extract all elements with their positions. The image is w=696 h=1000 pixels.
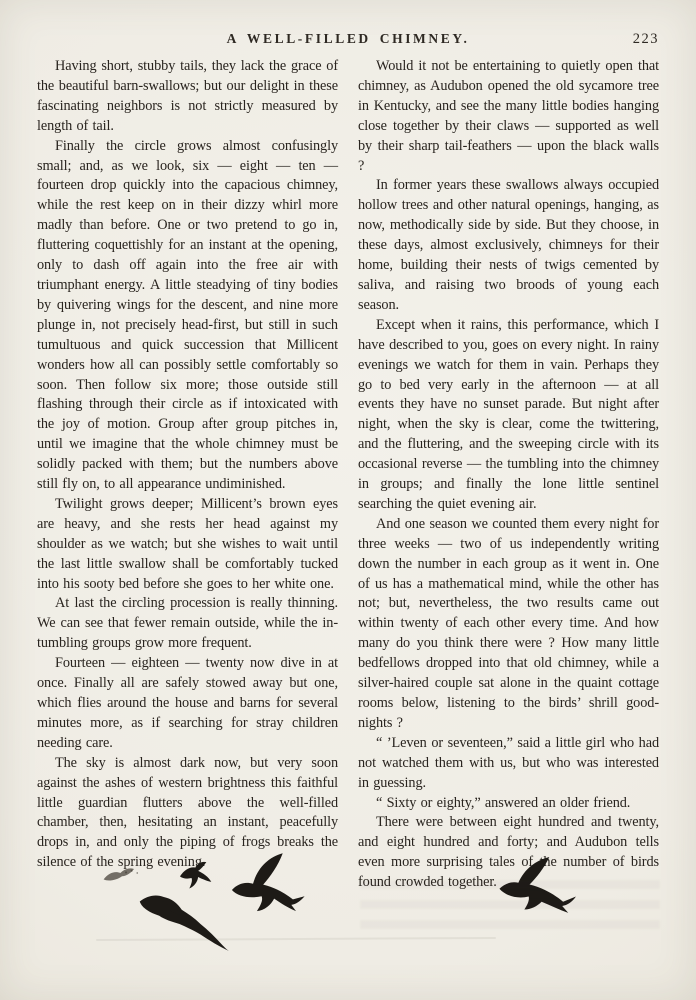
running-head: A WELL-FILLED CHIMNEY. 223 [0,31,696,51]
paragraph: And one season we counted them every nig… [358,515,659,734]
left-column: Having short, stubby tails, they lack th… [37,57,338,893]
chapter-title: A WELL-FILLED CHIMNEY. [0,31,696,47]
paragraph: “ Sixty or eighty,” answered an older fr… [358,794,659,814]
paragraph: Finally the circle grows almost confusin… [37,137,338,495]
paragraph: “ ’Leven or seventeen,” said a little gi… [358,734,659,794]
page-number: 223 [633,31,659,48]
paragraph: Fourteen — eighteen — twenty now dive in… [37,654,338,754]
paragraph: Twilight grows deeper; Millicent’s brown… [37,495,338,595]
scan-smudge [96,937,496,941]
paragraph: The sky is almost dark now, but very soo… [37,754,338,873]
paragraph: Having short, stubby tails, they lack th… [37,57,338,137]
paragraph: Except when it rains, this performance, … [358,316,659,515]
paragraph: There were between eight hundred and twe… [358,813,659,893]
book-page: A WELL-FILLED CHIMNEY. 223 Having short,… [0,0,696,1000]
paragraph: Would it not be entertaining to quietly … [358,57,659,176]
diving-swallow-icon [137,891,237,951]
paragraph: In former years these swallows always oc… [358,176,659,315]
right-column: Would it not be entertaining to quietly … [358,57,659,893]
text-columns: Having short, stubby tails, they lack th… [37,57,659,893]
paragraph: At last the circling procession is reall… [37,594,338,654]
